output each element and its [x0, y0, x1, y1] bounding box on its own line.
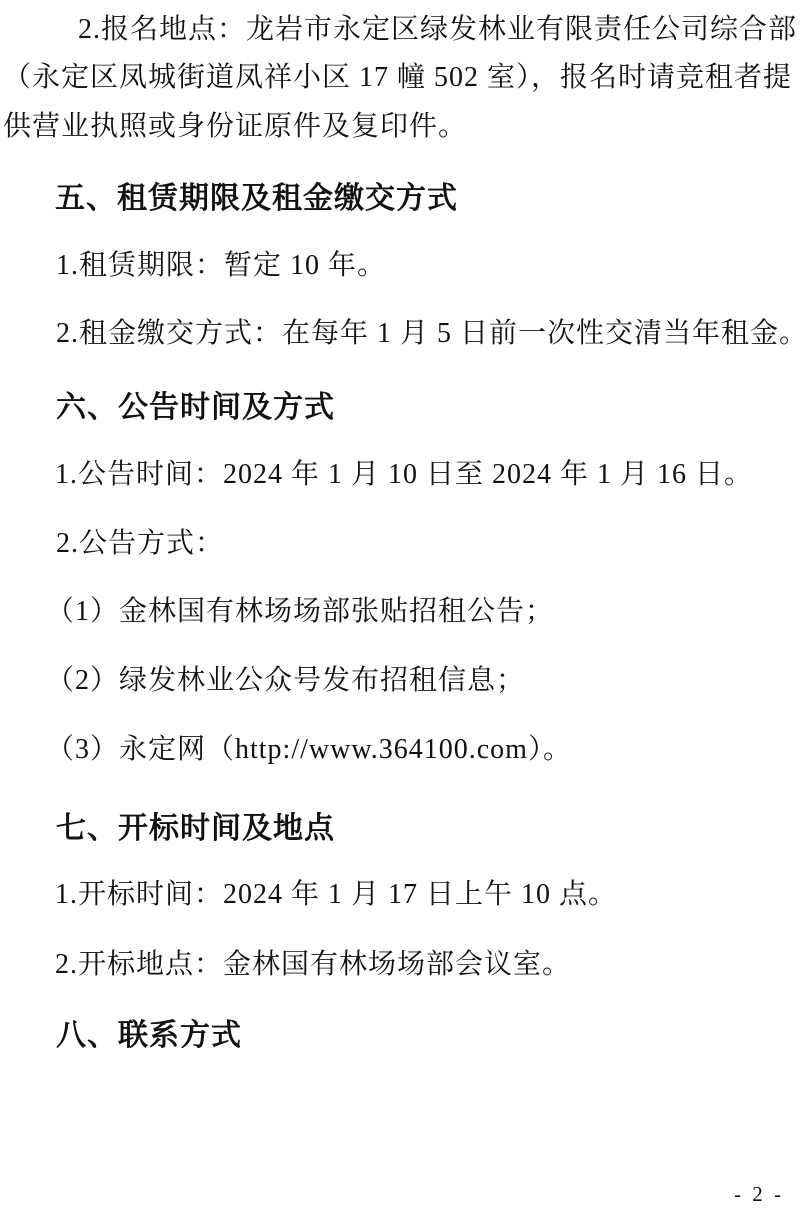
announcement-method-item: 2.公告方式： — [56, 521, 224, 561]
rent-payment-item: 2.租金缴交方式：在每年 1 月 5 日前一次性交清当年租金。 — [56, 311, 800, 351]
section-heading-announcement: 六、公告时间及方式 — [56, 382, 335, 426]
announcement-method-3-url: （3）永定网（http://www.364100.com）。 — [46, 727, 572, 767]
registration-location-paragraph-line-3: 供营业执照或身份证原件及复印件。 — [3, 104, 467, 144]
announcement-method-2: （2）绿发林业公众号发布招租信息； — [46, 658, 525, 698]
section-heading-bid-opening: 七、开标时间及地点 — [56, 803, 335, 847]
lease-term-item: 1.租赁期限：暂定 10 年。 — [56, 243, 386, 283]
bid-opening-location-item: 2.开标地点：金林国有林场场部会议室。 — [55, 942, 571, 982]
section-heading-contact: 八、联系方式 — [56, 1010, 242, 1054]
section-heading-lease-term: 五、租赁期限及租金缴交方式 — [55, 173, 458, 217]
page-number: - 2 - — [734, 1182, 784, 1207]
document-page: 2.报名地点：龙岩市永定区绿发林业有限责任公司综合部 （永定区凤城街道凤祥小区 … — [0, 0, 800, 1212]
registration-location-paragraph-line-1: 2.报名地点：龙岩市永定区绿发林业有限责任公司综合部 — [78, 7, 797, 47]
announcement-time-item: 1.公告时间：2024 年 1 月 10 日至 2024 年 1 月 16 日。 — [55, 452, 753, 492]
announcement-method-1: （1）金林国有林场场部张贴招租公告； — [46, 589, 554, 629]
bid-opening-time-item: 1.开标时间：2024 年 1 月 17 日上午 10 点。 — [55, 872, 617, 912]
registration-location-paragraph-line-2: （永定区凤城街道凤祥小区 17 幢 502 室），报名时请竞租者提 — [3, 55, 792, 95]
